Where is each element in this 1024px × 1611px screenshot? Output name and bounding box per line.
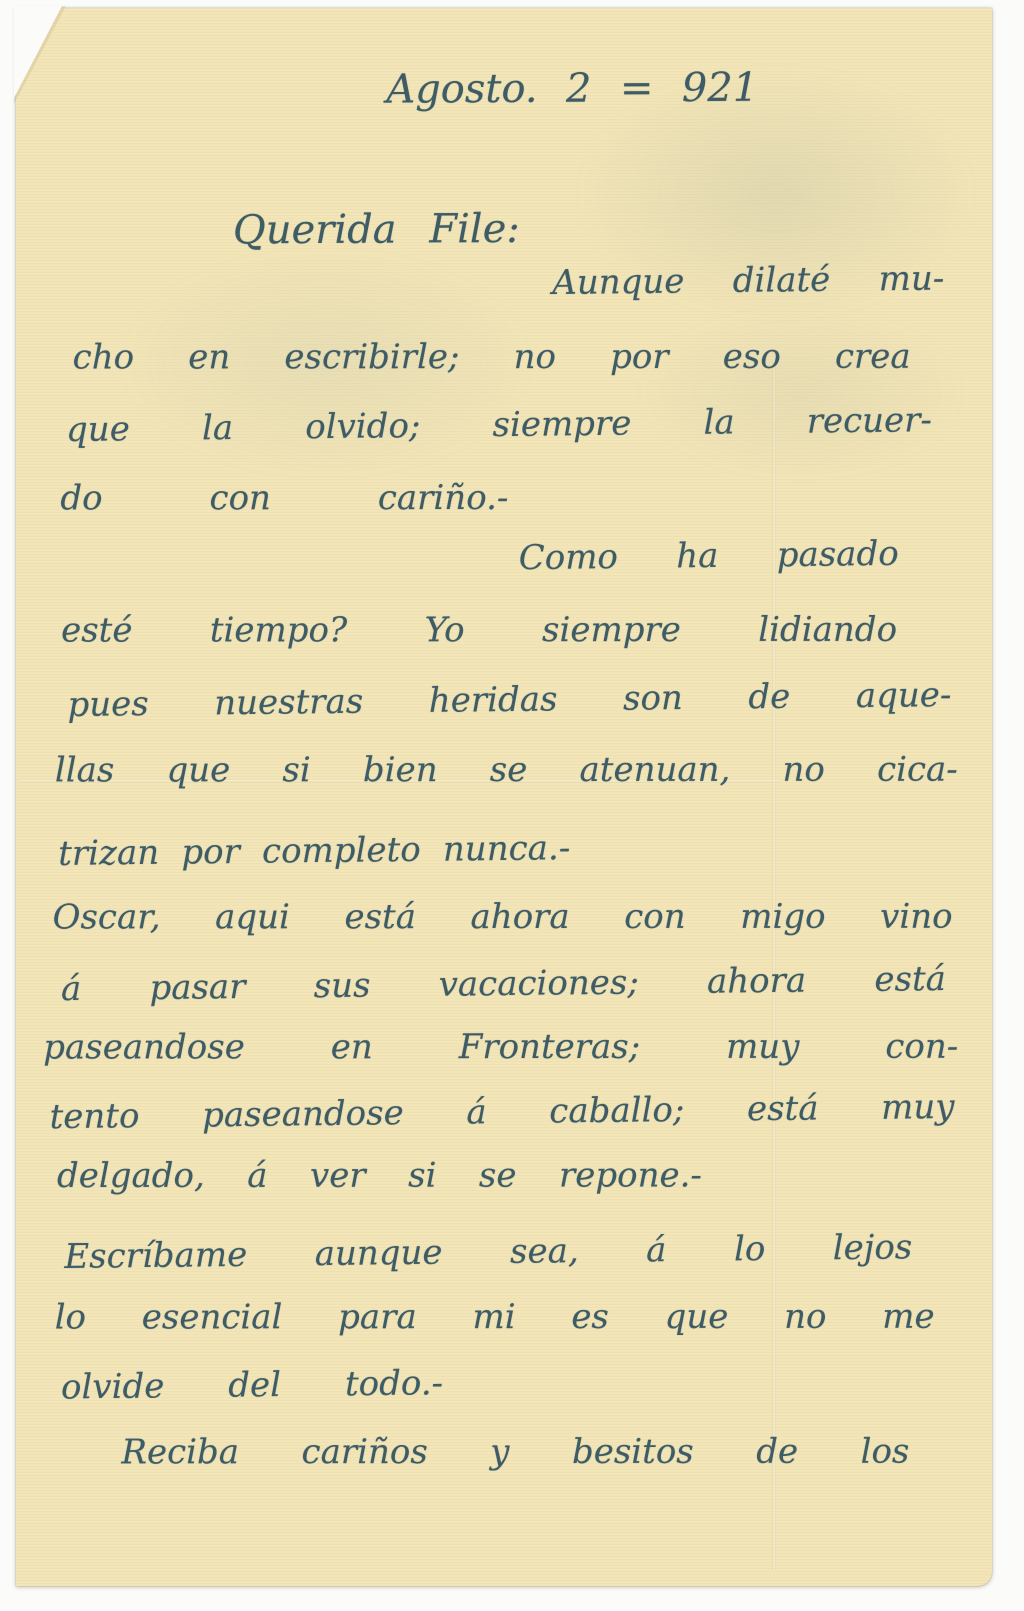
letter-line-17: olvidedeltodo.- [61,1363,443,1407]
handwriting-layer: Agosto.2=921 Querida File: Aunquedilatém… [0,0,1024,1611]
letter-line-10: Oscar,aquiestáahoraconmigovino [53,897,953,938]
letter-date: Agosto.2=921 [386,65,758,113]
letter-salutation: Querida File: [233,206,520,254]
letter-line-18: Recibacariñosybesitosdelos [121,1432,909,1473]
letter-line-12: paseandoseenFronteras;muycon- [43,1027,958,1068]
letter-body: Aunquedilatému-choenescribirle;noporesoc… [0,0,1020,3]
letter-line-13: tentopaseandoseácaballo;estámuy [49,1087,954,1137]
letter-line-7: puesnuestrasheridassondeaque- [67,675,951,725]
letter-line-9: trizanporcompletonunca.- [58,828,570,874]
letter-line-4: doconcariño.- [60,478,508,518]
letter-line-3: quelaolvido;siemprelarecuer- [66,400,932,450]
letter-line-15: Escríbameaunquesea,álolejos [64,1227,912,1277]
letter-line-5: Comohapasado [518,534,898,578]
letter-line-14: delgado,áversiserepone.- [57,1155,702,1196]
letter-line-6: estétiempo?Yosiemprelidiando [61,610,897,651]
letter-line-8: llasquesibienseatenuan,nocica- [55,750,958,791]
letter-line-16: loesencialparamiesquenome [55,1297,935,1338]
letter-line-2: choenescribirle;noporesocrea [73,337,911,378]
letter-line-11: ápasarsusvacaciones;ahoraestá [61,959,946,1009]
letter-line-1: Aunquedilatému- [552,259,944,303]
